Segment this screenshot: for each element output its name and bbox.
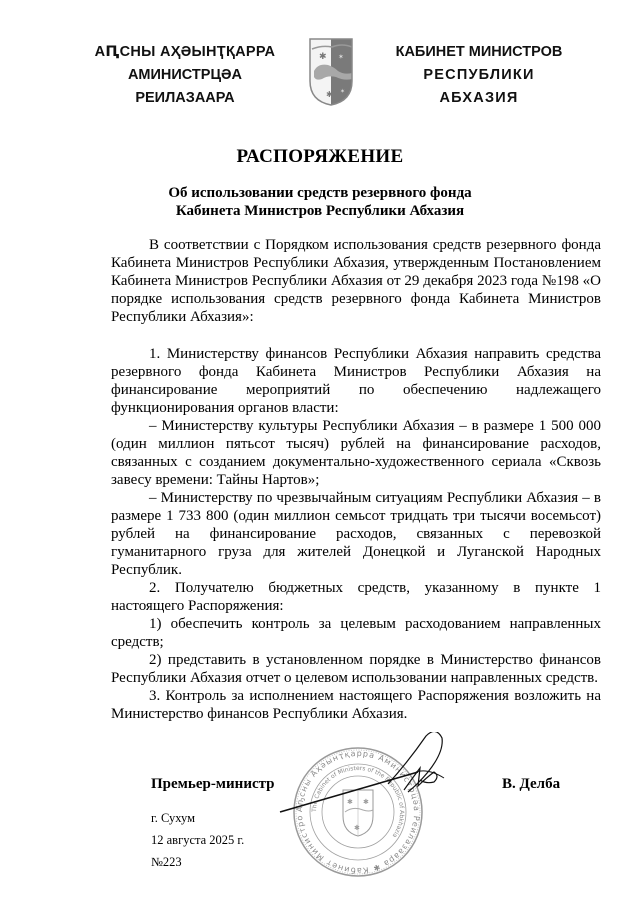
header-russian-line1: КАБИНЕТ МИНИСТРОВ: [383, 41, 575, 64]
document-type-title: РАСПОРЯЖЕНИЕ: [0, 146, 640, 168]
item-1: 1. Министерству финансов Республики Абха…: [111, 345, 601, 417]
signatory-role: Премьер-министр: [151, 776, 275, 793]
header-russian-title: КАБИНЕТ МИНИСТРОВ РЕСПУБЛИКИ АБХАЗИЯ: [383, 41, 575, 110]
svg-text:✱: ✱: [319, 52, 327, 62]
item-1-culture-ministry: – Министерству культуры Республики Абхаз…: [111, 417, 601, 489]
signatory-name: В. Делба: [502, 776, 560, 793]
header-abkhaz-title: АԤСНЫ АҲӘЫНҬҚАРРА АМИНИСТРЦӘА РЕИЛАЗААРА: [80, 41, 290, 110]
order-items: 1. Министерству финансов Республики Абха…: [111, 345, 601, 723]
svg-text:✱: ✱: [326, 90, 333, 99]
header-abkhaz-line1: АԤСНЫ АҲӘЫНҬҚАРРА: [80, 41, 290, 64]
issue-date: 12 августа 2025 г.: [151, 833, 244, 848]
coat-of-arms-icon: ✱ ✶ ✱ ✶: [308, 37, 354, 107]
header-russian-line2: РЕСПУБЛИКИ АБХАЗИЯ: [383, 64, 575, 110]
item-2: 2. Получателю бюджетных средств, указанн…: [111, 579, 601, 615]
issue-city: г. Сухум: [151, 811, 195, 826]
document-subject-line2: Кабинета Министров Республики Абхазия: [0, 202, 640, 220]
document-subject-line1: Об использовании средств резервного фонд…: [0, 184, 640, 202]
item-3: 3. Контроль за исполнением настоящего Ра…: [111, 687, 601, 723]
preamble: В соответствии с Порядком использования …: [111, 236, 601, 326]
item-2-subitem-1: 1) обеспечить контроль за целевым расход…: [111, 615, 601, 651]
item-1-emergency-ministry: – Министерству по чрезвычайным ситуациям…: [111, 489, 601, 579]
svg-text:✶: ✶: [340, 88, 345, 95]
svg-text:✶: ✶: [338, 53, 344, 61]
preamble-text: В соответствии с Порядком использования …: [111, 236, 601, 326]
header-abkhaz-line2: АМИНИСТРЦӘА РЕИЛАЗААРА: [80, 64, 290, 110]
document-number: №223: [151, 855, 182, 870]
document-subject: Об использовании средств резервного фонд…: [0, 184, 640, 220]
handwritten-signature-icon: [268, 732, 478, 832]
item-2-subitem-2: 2) представить в установленном порядке в…: [111, 651, 601, 687]
